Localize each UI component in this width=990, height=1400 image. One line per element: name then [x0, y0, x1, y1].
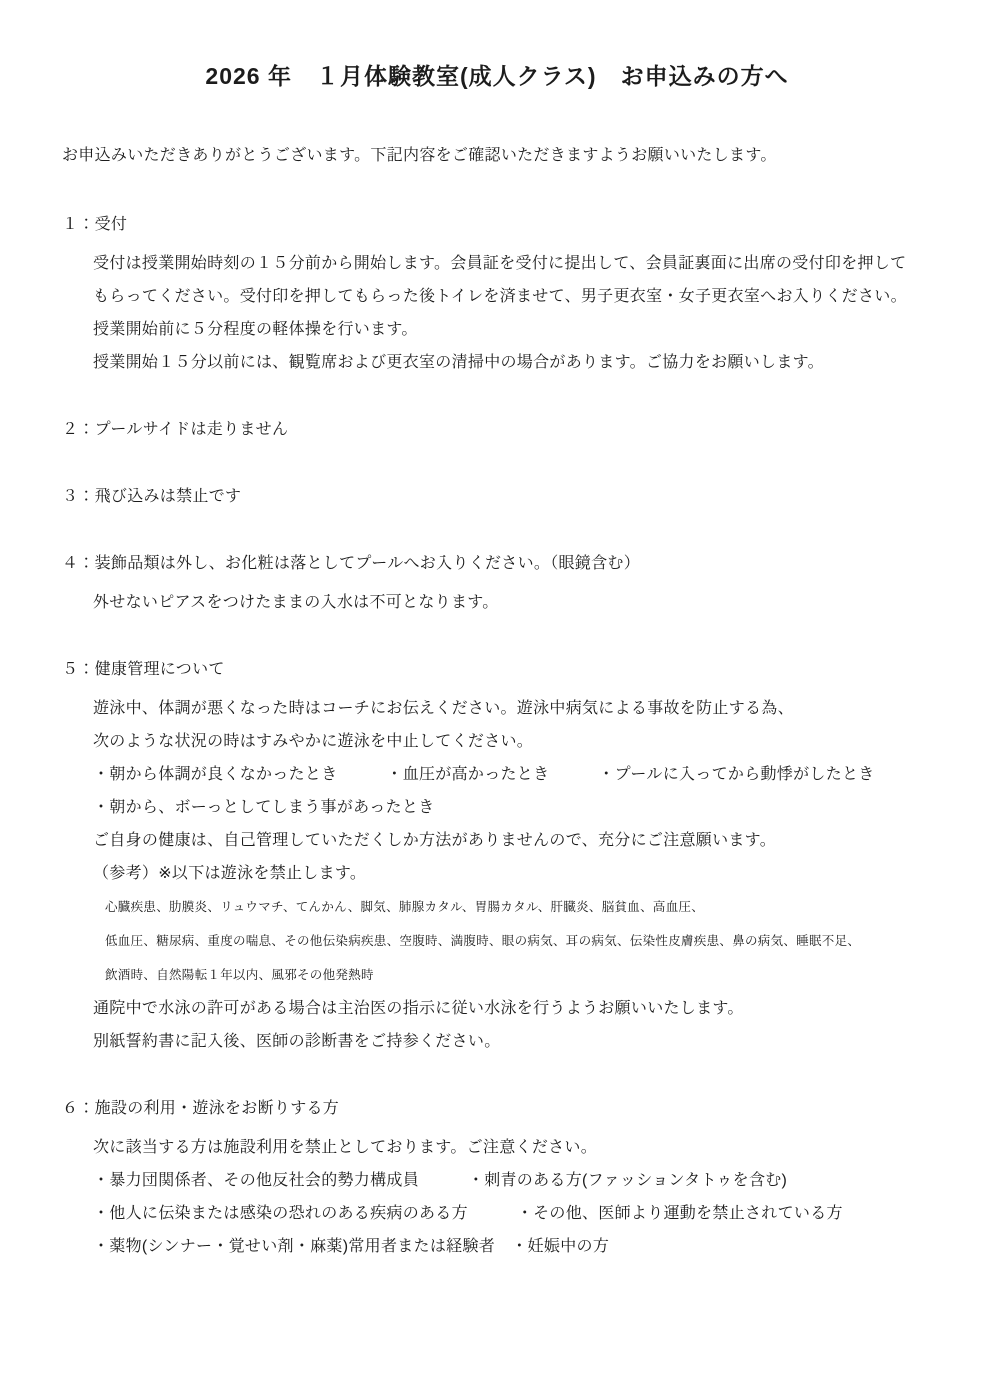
- bullet-line: ・朝から体調が良くなかったとき ・血圧が高かったとき ・プールに入ってから動悸が…: [93, 758, 932, 791]
- body-line: 別紙誓約書に記入後、医師の診断書をご持参ください。: [93, 1025, 932, 1058]
- body-line: 受付は授業開始時刻の１５分前から開始します。会員証を受付に提出して、会員証裏面に…: [93, 247, 932, 280]
- small-line: 心臓疾患、肋膜炎、リュウマチ、てんかん、脚気、肺腺カタル、胃腸カタル、肝臓炎、脳…: [105, 890, 932, 924]
- body-line: ご自身の健康は、自己管理していただくしか方法がありませんので、充分にご注意願いま…: [93, 824, 932, 857]
- body-line: 外せないピアスをつけたままの入水は不可となります。: [93, 586, 932, 619]
- body-line: （参考）※以下は遊泳を禁止します。: [93, 857, 932, 890]
- small-line: 飲酒時、自然陽転１年以内、風邪その他発熱時: [105, 958, 932, 992]
- section-heading: ５：健康管理について: [62, 653, 932, 686]
- body-line: もらってください。受付印を押してもらった後トイレを済ませて、男子更衣室・女子更衣…: [93, 280, 932, 313]
- body-line: 遊泳中、体調が悪くなった時はコーチにお伝えください。遊泳中病気による事故を防止す…: [93, 692, 932, 725]
- bullet-line: ・他人に伝染または感染の恐れのある疾病のある方 ・その他、医師より運動を禁止され…: [93, 1197, 932, 1230]
- body-line: 次のような状況の時はすみやかに遊泳を中止してください。: [93, 725, 932, 758]
- section-heading: ３：飛び込みは禁止です: [62, 480, 932, 513]
- section-body: 受付は授業開始時刻の１５分前から開始します。会員証を受付に提出して、会員証裏面に…: [93, 247, 932, 379]
- body-line: 通院中で水泳の許可がある場合は主治医の指示に従い水泳を行うようお願いいたします。: [93, 992, 932, 1025]
- body-line: 授業開始１５分以前には、観覧席および更衣室の清掃中の場合があります。ご協力をお願…: [93, 346, 932, 379]
- section-reception: １：受付 受付は授業開始時刻の１５分前から開始します。会員証を受付に提出して、会…: [62, 208, 932, 379]
- section-body: 次に該当する方は施設利用を禁止としております。ご注意ください。 ・暴力団関係者、…: [93, 1131, 932, 1263]
- intro-text: お申込みいただきありがとうございます。下記内容をご確認いただきますようお願いいた…: [62, 139, 932, 172]
- section-health-management: ５：健康管理について 遊泳中、体調が悪くなった時はコーチにお伝えください。遊泳中…: [62, 653, 932, 1058]
- section-no-running: ２：プールサイドは走りません: [62, 413, 932, 446]
- document-page: 2026 年 １月体験教室(成人クラス) お申込みの方へ お申込みいただきありが…: [0, 0, 990, 1400]
- body-line: 次に該当する方は施設利用を禁止としております。ご注意ください。: [93, 1131, 932, 1164]
- section-accessories: ４：装飾品類は外し、お化粧は落としてプールへお入りください。（眼鏡含む） 外せな…: [62, 547, 932, 619]
- small-line: 低血圧、糖尿病、重度の喘息、その他伝染病疾患、空腹時、満腹時、眼の病気、耳の病気…: [105, 924, 932, 958]
- page-title: 2026 年 １月体験教室(成人クラス) お申込みの方へ: [62, 60, 932, 93]
- section-body: 外せないピアスをつけたままの入水は不可となります。: [93, 586, 932, 619]
- section-heading: ４：装飾品類は外し、お化粧は落としてプールへお入りください。（眼鏡含む）: [62, 547, 932, 580]
- bullet-line: ・朝から、ボーっとしてしまう事があったとき: [93, 791, 932, 824]
- section-body: 遊泳中、体調が悪くなった時はコーチにお伝えください。遊泳中病気による事故を防止す…: [93, 692, 932, 1058]
- section-heading: ６：施設の利用・遊泳をお断りする方: [62, 1092, 932, 1125]
- section-heading: ２：プールサイドは走りません: [62, 413, 932, 446]
- bullet-line: ・薬物(シンナー・覚せい剤・麻薬)常用者または経験者 ・妊娠中の方: [93, 1230, 932, 1263]
- body-line: 授業開始前に５分程度の軽体操を行います。: [93, 313, 932, 346]
- prohibited-conditions-list: 心臓疾患、肋膜炎、リュウマチ、てんかん、脚気、肺腺カタル、胃腸カタル、肝臓炎、脳…: [105, 890, 932, 992]
- section-no-diving: ３：飛び込みは禁止です: [62, 480, 932, 513]
- bullet-line: ・暴力団関係者、その他反社会的勢力構成員 ・刺青のある方(ファッションタトゥを含…: [93, 1164, 932, 1197]
- section-heading: １：受付: [62, 208, 932, 241]
- section-refusal-of-use: ６：施設の利用・遊泳をお断りする方 次に該当する方は施設利用を禁止としております…: [62, 1092, 932, 1263]
